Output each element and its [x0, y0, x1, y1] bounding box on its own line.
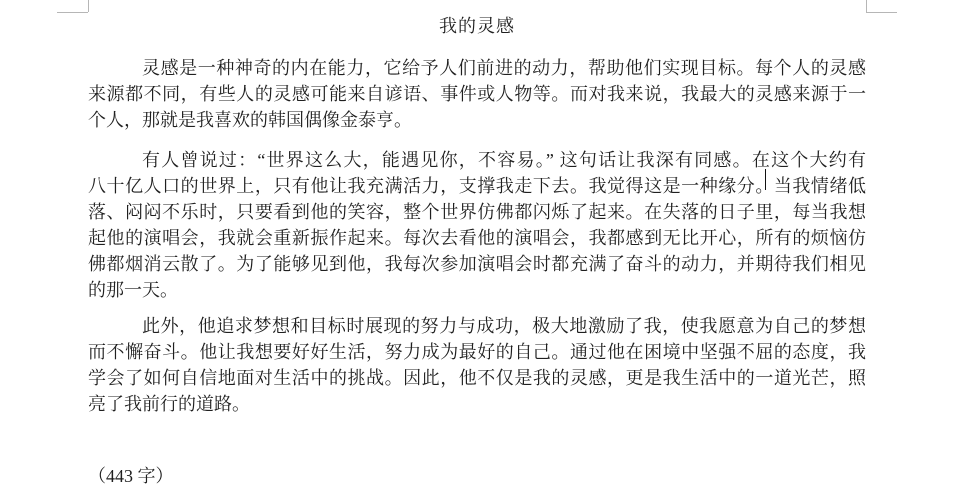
paragraph-line[interactable]: 此外，他追求梦想和目标时展现的努力与成功，极大地激励了我，使我愿意为自己的梦想	[88, 313, 866, 339]
paragraph-1[interactable]: 灵感是一种神奇的内在能力，它给予人们前进的动力，帮助他们实现目标。每个人的灵感 …	[88, 55, 866, 133]
paragraph-line[interactable]: 落、闷闷不乐时，只要看到他的笑容，整个世界仿佛都闪烁了起来。在失落的日子里，每当…	[88, 199, 866, 225]
paragraph-line[interactable]: 佛都烟消云散了。为了能够见到他，我每次参加演唱会时都充满了奋斗的动力，并期待我们…	[88, 251, 866, 277]
paragraph-line[interactable]: 八十亿人口的世界上，只有他让我充满活力，支撑我走下去。我觉得这是一种缘分。当我情…	[88, 173, 866, 199]
text-boundary-mark-top-left-horizontal	[57, 12, 88, 13]
paragraph-line[interactable]: 来源都不同，有些人的灵感可能来自谚语、事件或人物等。而对我来说，我最大的灵感来源…	[88, 81, 866, 107]
paragraph-3[interactable]: 此外，他追求梦想和目标时展现的努力与成功，极大地激励了我，使我愿意为自己的梦想 …	[88, 313, 866, 417]
paragraph-line[interactable]: 个人，那就是我喜欢的韩国偶像金泰亨。	[88, 107, 866, 133]
paragraph-line[interactable]: 有人曾说过：“世界这么大，能遇见你，不容易。” 这句话让我深有同感。在这个大约有	[88, 147, 866, 173]
paragraph-line[interactable]: 亮了我前行的道路。	[88, 391, 866, 417]
text-boundary-mark-top-left-vertical	[88, 0, 89, 12]
paragraph-line[interactable]: 而不懈奋斗。他让我想要好好生活，努力成为最好的自己。通过他在困境中坚强不屈的态度…	[88, 339, 866, 365]
paragraph-line[interactable]: 的那一天。	[88, 277, 866, 303]
text-boundary-mark-top-right-horizontal	[866, 12, 897, 13]
document-title[interactable]: 我的灵感	[88, 13, 866, 39]
word-count[interactable]: （443 字）	[88, 463, 866, 489]
document-body[interactable]: 我的灵感 灵感是一种神奇的内在能力，它给予人们前进的动力，帮助他们实现目标。每个…	[88, 13, 866, 489]
paragraph-2[interactable]: 有人曾说过：“世界这么大，能遇见你，不容易。” 这句话让我深有同感。在这个大约有…	[88, 147, 866, 303]
paragraph-line[interactable]: 学会了如何自信地面对生活中的挑战。因此，他不仅是我的灵感，更是我生活中的一道光芒…	[88, 365, 866, 391]
paragraph-line[interactable]: 灵感是一种神奇的内在能力，它给予人们前进的动力，帮助他们实现目标。每个人的灵感	[88, 55, 866, 81]
paragraph-line[interactable]: 起他的演唱会，我就会重新振作起来。每次去看他的演唱会，我都感到无比开心，所有的烦…	[88, 225, 866, 251]
document-page[interactable]: 我的灵感 灵感是一种神奇的内在能力，它给予人们前进的动力，帮助他们实现目标。每个…	[0, 0, 960, 500]
text-boundary-mark-top-right-vertical	[866, 0, 867, 12]
text-cursor	[765, 169, 766, 190]
